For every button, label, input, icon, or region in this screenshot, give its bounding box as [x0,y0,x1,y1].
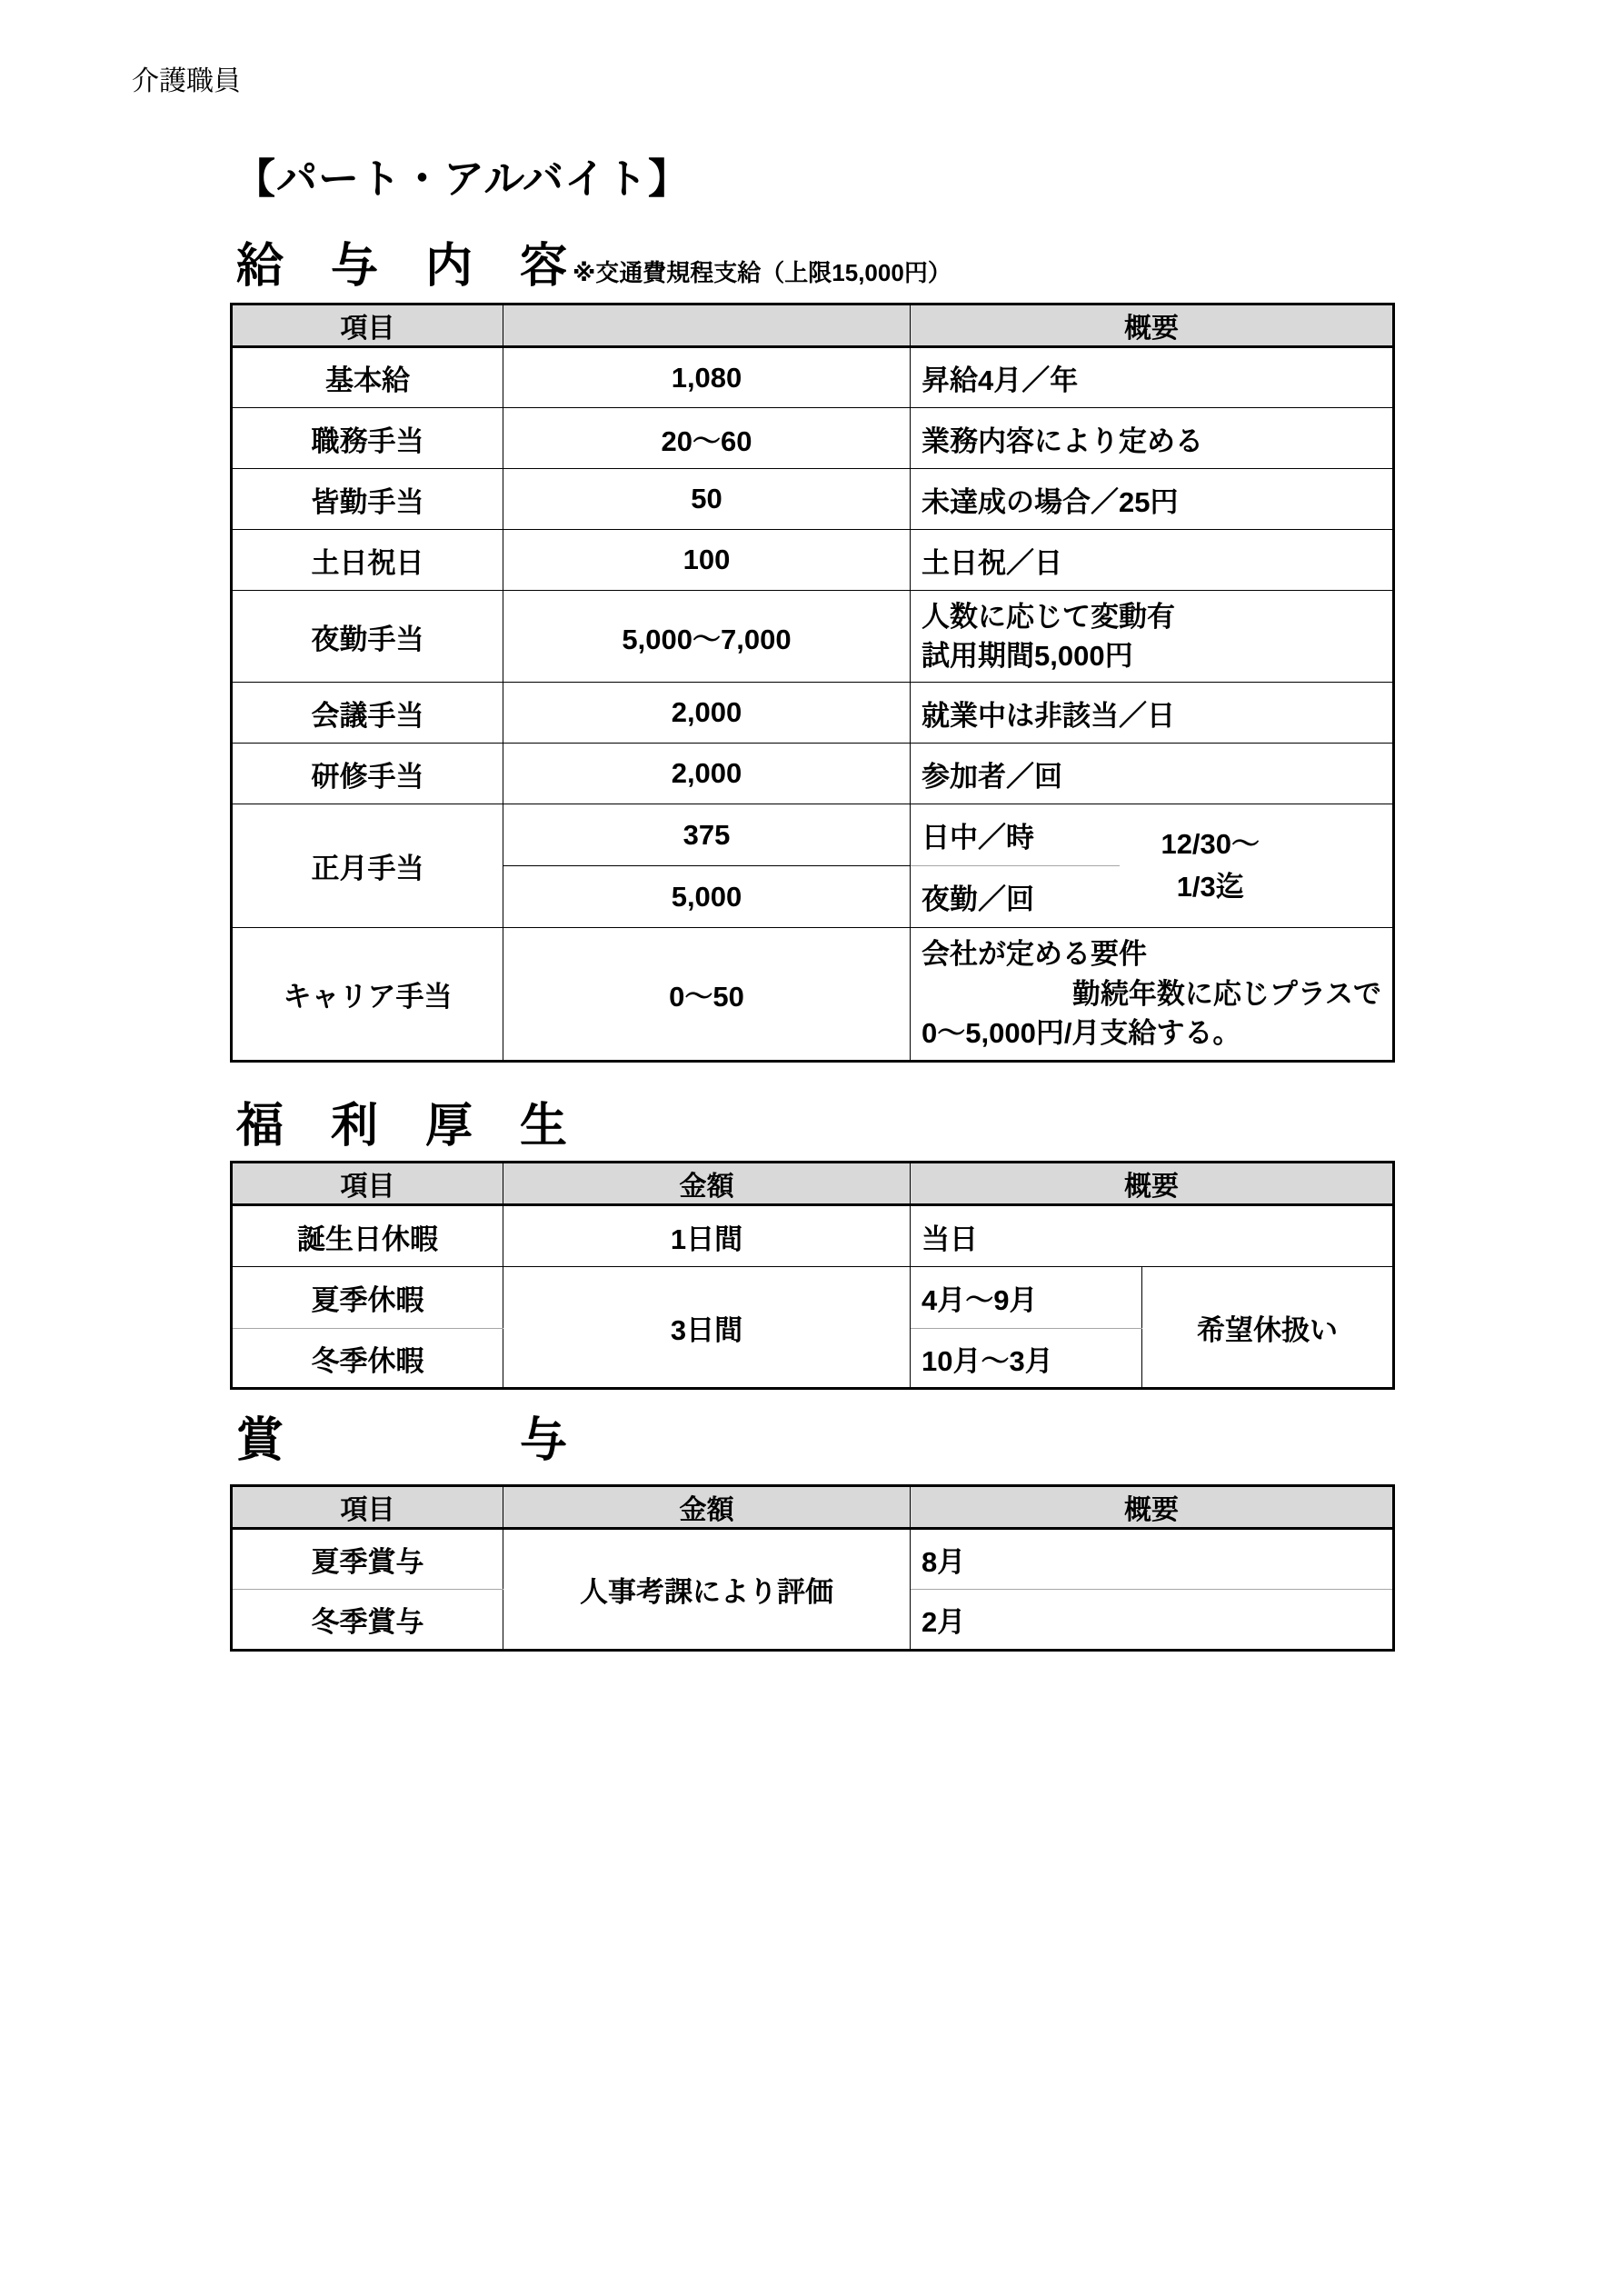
cell-summary: 8月 [911,1529,1394,1590]
table-row: 基本給 1,080 昇給4月／年 [232,347,1394,408]
benefits-header-row: 項目 金額 概要 [232,1163,1394,1205]
bonus-table: 項目 金額 概要 夏季賞与 人事考課により評価 8月 冬季賞与 2月 [230,1484,1395,1652]
cell-amount: 1,080 [503,347,911,408]
cell-summary: 日中／時 [911,804,1120,866]
bonus-section-head: 賞 与 [236,1416,567,1466]
cell-summary: 夜勤／回 [911,866,1120,928]
cell-amount: 20〜60 [503,408,911,469]
summary-line: 会社が定める要件 [922,934,1392,973]
salary-col-header-summary: 概要 [911,304,1394,347]
cell-item: 職務手当 [232,408,503,469]
cell-summary: 未達成の場合／25円 [911,469,1394,530]
bonus-section-title: 賞 与 [236,1416,567,1466]
cell-summary: 昇給4月／年 [911,347,1394,408]
salary-section-note: ※交通費規程支給（上限15,000円） [573,255,951,292]
cell-item: キャリア手当 [232,928,503,1062]
cell-amount: 5,000 [503,866,911,928]
doc-type-label: 介護職員 [132,58,241,98]
bonus-col-header-summary: 概要 [911,1486,1394,1529]
cell-item: 研修手当 [232,744,503,804]
salary-section-title: 給 与 内 容 [236,242,567,292]
cell-item: 夏季休暇 [232,1267,503,1329]
table-row: 皆勤手当 50 未達成の場合／25円 [232,469,1394,530]
cell-amount: 375 [503,804,911,866]
cell-summary: 就業中は非該当／日 [911,683,1394,744]
period-line: 1/3迄 [1120,866,1302,909]
table-row: 職務手当 20〜60 業務内容により定める [232,408,1394,469]
salary-col-header-item: 項目 [232,304,503,347]
summary-line: 試用期間5,000円 [922,636,1392,675]
cell-summary: 人数に応じて変動有 試用期間5,000円 [911,591,1394,683]
salary-table: 項目 概要 基本給 1,080 昇給4月／年 職務手当 20〜60 業務内容によ… [230,303,1395,1063]
cell-summary: 4月〜9月 [911,1267,1142,1329]
cell-summary: 10月〜3月 [911,1329,1142,1389]
period-line: 12/30〜 [1120,824,1302,866]
table-row-career: キャリア手当 0〜50 会社が定める要件 勤続年数に応じプラスで 0〜5,000… [232,928,1394,1062]
table-row: 夜勤手当 5,000〜7,000 人数に応じて変動有 試用期間5,000円 [232,591,1394,683]
table-row-new-year-day: 正月手当 375 日中／時 12/30〜 1/3迄 [232,804,1394,866]
benefits-col-header-item: 項目 [232,1163,503,1205]
benefits-section-title: 福 利 厚 生 [236,1102,567,1152]
salary-col-header-amount [503,304,911,347]
bonus-header-row: 項目 金額 概要 [232,1486,1394,1529]
cell-item: 正月手当 [232,804,503,928]
table-row: 土日祝日 100 土日祝／日 [232,530,1394,591]
cell-summary: 2月 [911,1590,1394,1651]
summary-line: 勤続年数に応じプラスで [922,974,1392,1013]
table-row-birthday: 誕生日休暇 1日間 当日 [232,1205,1394,1267]
cell-period: 12/30〜 1/3迄 [1120,804,1394,928]
cell-amount: 2,000 [503,744,911,804]
table-row-summer-bonus: 夏季賞与 人事考課により評価 8月 [232,1529,1394,1590]
cell-summary: 土日祝／日 [911,530,1394,591]
page-heading: 【パート・アルバイト】 [234,145,690,205]
bonus-col-header-item: 項目 [232,1486,503,1529]
cell-amount: 50 [503,469,911,530]
cell-summary: 当日 [911,1205,1394,1267]
cell-item: 会議手当 [232,683,503,744]
cell-item: 夏季賞与 [232,1529,503,1590]
benefits-section-head: 福 利 厚 生 [236,1102,567,1152]
cell-item: 土日祝日 [232,530,503,591]
table-row: 研修手当 2,000 参加者／回 [232,744,1394,804]
salary-section-head: 給 与 内 容 ※交通費規程支給（上限15,000円） [236,242,951,292]
benefits-table: 項目 金額 概要 誕生日休暇 1日間 当日 夏季休暇 3日間 4月〜9月 希望休… [230,1161,1395,1390]
summary-line: 0〜5,000円/月支給する。 [922,1013,1392,1053]
benefits-col-header-summary: 概要 [911,1163,1394,1205]
cell-amount: 5,000〜7,000 [503,591,911,683]
cell-amount: 1日間 [503,1205,911,1267]
table-row-summer-holiday: 夏季休暇 3日間 4月〜9月 希望休扱い [232,1267,1394,1329]
salary-header-row: 項目 概要 [232,304,1394,347]
cell-summary: 業務内容により定める [911,408,1394,469]
cell-amount-merged: 人事考課により評価 [503,1529,911,1651]
cell-note-merged: 希望休扱い [1142,1267,1394,1389]
cell-item: 冬季賞与 [232,1590,503,1651]
cell-item: 皆勤手当 [232,469,503,530]
summary-line: 人数に応じて変動有 [922,597,1392,636]
cell-summary: 参加者／回 [911,744,1394,804]
cell-item: 誕生日休暇 [232,1205,503,1267]
cell-amount: 100 [503,530,911,591]
cell-item: 夜勤手当 [232,591,503,683]
cell-item: 冬季休暇 [232,1329,503,1389]
cell-summary: 会社が定める要件 勤続年数に応じプラスで 0〜5,000円/月支給する。 [911,928,1394,1062]
cell-item: 基本給 [232,347,503,408]
cell-amount-merged: 3日間 [503,1267,911,1389]
cell-amount: 2,000 [503,683,911,744]
benefits-col-header-amount: 金額 [503,1163,911,1205]
cell-amount: 0〜50 [503,928,911,1062]
bonus-col-header-amount: 金額 [503,1486,911,1529]
table-row: 会議手当 2,000 就業中は非該当／日 [232,683,1394,744]
